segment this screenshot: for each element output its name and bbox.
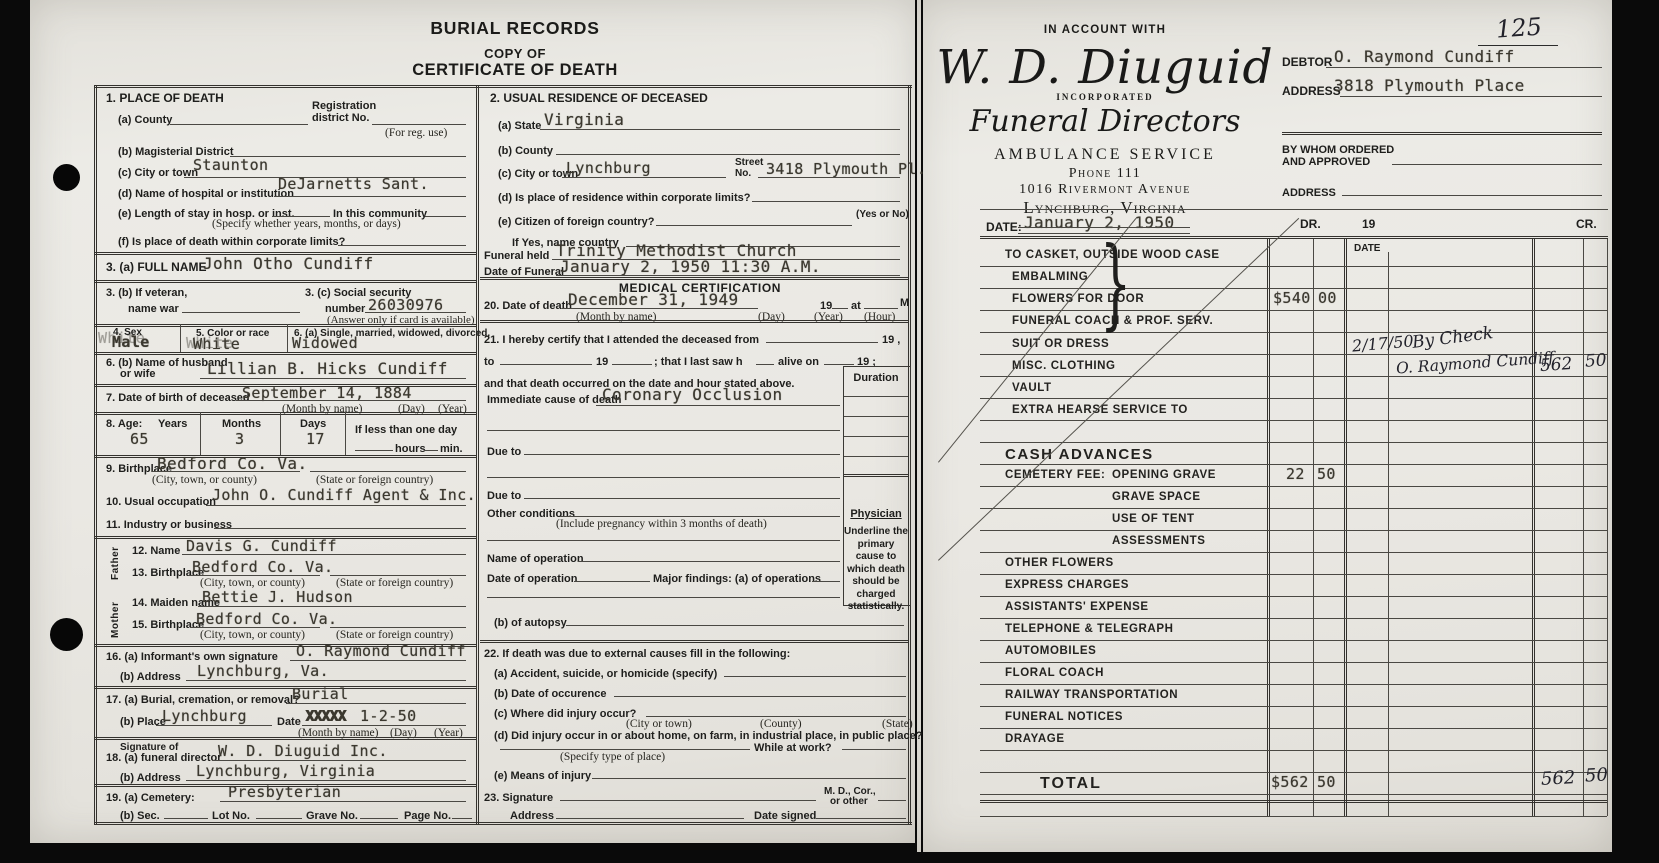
s15-note-city: (City, town, or county): [200, 630, 305, 642]
s2-county-label: (b) County: [498, 145, 553, 157]
ledger-item: SUIT OR DRESS: [1012, 338, 1109, 350]
line: [756, 364, 774, 365]
line: [1340, 96, 1602, 97]
s20-at-label: at: [851, 300, 861, 312]
funeral-date-value: January 2, 1950 11:30 A.M.: [560, 259, 821, 275]
line: [360, 818, 398, 819]
total-cr-dollars-handwritten: 562: [1541, 769, 1576, 789]
form-border: [476, 85, 479, 825]
s15-note-state: (State or foreign country): [336, 630, 453, 642]
ledger-total-border: [980, 800, 1607, 803]
s2-state-value: Virginia: [544, 112, 624, 128]
s12-father-name-label: 12. Name: [132, 545, 180, 557]
ledger-rule: [980, 530, 1607, 531]
scan-edge-left: [0, 0, 30, 863]
s21-due-to-1-label: Due to: [487, 446, 521, 458]
line: [614, 696, 906, 697]
s19-cemetery-label: 19. (a) Cemetery:: [106, 792, 195, 804]
s23-address-label: Address: [510, 810, 554, 822]
scan-edge-bottom-left: [0, 843, 917, 863]
cell-divider: [280, 412, 281, 455]
debtor-label: DEBTOR: [1282, 56, 1332, 69]
line: [164, 818, 208, 819]
funeral-held-label: Funeral held: [484, 250, 549, 262]
line: [560, 516, 840, 517]
s1-hospital-label: (d) Name of hospital or institution: [118, 188, 294, 200]
ledger-column-line: [1344, 239, 1347, 816]
ledger-item: CEMETERY FEE:: [1005, 469, 1105, 481]
ledger-rule: [980, 816, 1607, 817]
line: [182, 554, 466, 555]
page-number-handwritten: 125: [1495, 14, 1542, 41]
line: [758, 177, 900, 178]
s22-e-label: (e) Means of injury: [494, 770, 591, 782]
s18-funeral-director-value: W. D. Diuguid Inc.: [218, 744, 388, 759]
physician-note: Underline the primary cause to which dea…: [844, 526, 908, 614]
incorporated-label: INCORPORATED: [935, 92, 1275, 102]
cemetery-dr-cents: 50: [1317, 467, 1336, 482]
total-cr-cents-handwritten: 50: [1585, 766, 1609, 785]
line: [752, 201, 900, 202]
line: [256, 818, 302, 819]
s22-a-label: (a) Accident, suicide, or homicide (spec…: [494, 668, 717, 680]
s2-street-no-label: No.: [735, 168, 751, 179]
s17-date-strikeout: XXXXX: [305, 709, 345, 724]
s1-county-label: (a) County: [118, 114, 172, 126]
s21-19-comma: 19 ,: [882, 334, 900, 346]
line: [596, 405, 840, 406]
ledger-column-line: [1607, 239, 1608, 816]
ledger-item: AUTOMOBILES: [1005, 645, 1096, 657]
section-divider: [94, 324, 476, 327]
line: [524, 498, 840, 499]
scan-edge-right: [1612, 0, 1659, 863]
line: [330, 575, 466, 576]
section-divider: [94, 686, 476, 689]
s17-date-value: 1-2-50: [360, 709, 417, 724]
s1-heading: 1. PLACE OF DEATH: [106, 92, 224, 105]
s8-less-than-day-label: If less than one day: [355, 424, 457, 436]
line: [540, 129, 900, 130]
phone-label: Phone 111: [935, 166, 1275, 182]
page-title: BURIAL RECORDS: [305, 18, 725, 39]
line: [487, 477, 840, 478]
line: [302, 725, 466, 726]
punch-hole: [50, 618, 83, 651]
form-border: [94, 85, 912, 88]
s23-or-other-label: or other: [830, 796, 868, 807]
s1-hospital-value: DeJarnetts Sant.: [278, 177, 429, 192]
s5-race-value: White: [193, 337, 240, 352]
ledger-rule: [980, 596, 1607, 597]
line: [824, 364, 854, 365]
cell-divider: [287, 324, 288, 352]
line: [290, 660, 466, 661]
cell-divider: [345, 412, 346, 455]
s8-months-label: Months: [222, 418, 261, 430]
ledger-top-border: [980, 236, 1608, 239]
line: [844, 436, 908, 437]
s21-autopsy-label: (b) of autopsy: [494, 617, 567, 629]
line: [186, 780, 466, 781]
page-divider-line: [915, 0, 917, 852]
line: [206, 505, 466, 506]
s2-corporate-label: (d) Is place of residence within corpora…: [498, 192, 750, 204]
section-divider: [94, 352, 476, 355]
s15-mother-birthplace-label: 15. Birthplace: [132, 619, 204, 631]
s9-birthplace-value: Bedford Co. Va.: [157, 456, 308, 472]
line: [186, 680, 466, 681]
s21-19a: 19: [596, 356, 608, 368]
ledger-item: ASSESSMENTS: [1112, 535, 1206, 547]
ordered-address-label: ADDRESS: [1282, 187, 1336, 199]
s18-address-value: Lynchburg, Virginia: [196, 764, 375, 779]
s8-months-value: 3: [235, 432, 244, 447]
dr-column-header: DR.: [1300, 218, 1321, 231]
s21-operation-name-label: Name of operation: [487, 553, 584, 565]
section-divider: [94, 280, 476, 283]
s8-hours-label: hours: [395, 443, 426, 455]
debtor-address-value: 3818 Plymouth Place: [1334, 78, 1525, 94]
s9-note-state: (State or foreign country): [316, 475, 433, 487]
line: [365, 312, 466, 313]
s10-occupation-value: John O. Cundiff Agent & Inc.: [212, 488, 476, 503]
flowers-dr-cents: 00: [1318, 291, 1337, 306]
s23-date-signed-label: Date signed: [754, 810, 816, 822]
s17-place-value: Lynchburg: [162, 709, 247, 724]
s21-alive-on-label: alive on: [778, 356, 819, 368]
s21-to-label: to: [484, 356, 494, 368]
line: [198, 606, 466, 607]
s16-address-value: Lynchburg, Va.: [197, 664, 329, 679]
s6b-spouse-value: Lillian B. Hicks Cundiff: [207, 361, 448, 377]
payment-cr-cents-handwritten: 50: [1584, 352, 1607, 370]
s2-state-label: (a) State: [498, 120, 541, 132]
ledger-rule: [980, 486, 1607, 487]
s8-age-label: 8. Age:: [106, 418, 142, 430]
s3b-namewar-label: name war: [128, 303, 179, 315]
page-subtitle: COPY OF: [305, 46, 725, 61]
s22-c-label: (c) Where did injury occur?: [494, 708, 636, 720]
ledger-item: EMBALMING: [1012, 271, 1088, 283]
s1-stay-note: (Specify whether years, months, or days): [212, 219, 401, 231]
line: [500, 749, 750, 750]
line: [766, 342, 878, 343]
ledger-rule: [980, 684, 1607, 685]
s13-note-state: (State or foreign country): [336, 578, 453, 590]
section-divider: [480, 320, 908, 323]
s22-d-label: (d) Did injury occur in or about home, o…: [494, 730, 922, 742]
line: [724, 676, 906, 677]
line: [578, 561, 840, 562]
firm-type: Funeral Directors: [935, 104, 1275, 139]
line: [562, 177, 726, 178]
line: [500, 364, 592, 365]
line: [170, 124, 308, 125]
line: [656, 225, 852, 226]
line: [816, 818, 906, 819]
s13-father-birthplace-value: Bedford Co. Va.: [192, 560, 333, 575]
father-group-label: Father: [110, 546, 121, 580]
line: [310, 471, 466, 472]
line: [212, 760, 466, 761]
line: [812, 581, 840, 582]
line: [556, 818, 744, 819]
line: [200, 378, 466, 379]
line: [560, 800, 816, 801]
section-divider: [94, 412, 476, 415]
line: [844, 396, 908, 397]
s19-sec-label: (b) Sec.: [120, 810, 160, 822]
ledger-column-line: [1583, 239, 1584, 816]
ledger-rule: [980, 618, 1607, 619]
year-column-header: 19: [1362, 218, 1375, 231]
ledger-rule: [980, 706, 1607, 707]
s1-city-value: Staunton: [193, 158, 268, 173]
line: [236, 400, 466, 401]
s1-registration-label: Registration: [312, 100, 376, 112]
ledger-rule: [980, 750, 1607, 751]
ledger-rule: [980, 794, 1607, 795]
s9-note-city: (City, town, or county): [152, 475, 257, 487]
line: [592, 778, 906, 779]
s1-district-no-label: district No.: [312, 112, 369, 124]
scan-edge-bottom-right: [917, 852, 1612, 863]
s19-page-label: Page No.: [404, 810, 451, 822]
line: [487, 597, 840, 598]
line: [612, 364, 652, 365]
s8-days-label: Days: [300, 418, 326, 430]
s3b-veteran-label: 3. (b) If veteran,: [106, 287, 187, 299]
ledger-rule: [980, 552, 1607, 553]
line: [844, 456, 908, 457]
s11-industry-label: 11. Industry or business: [106, 519, 232, 531]
ledger-date-label: DATE:: [986, 221, 1022, 234]
line: [1478, 45, 1558, 46]
line: [646, 716, 906, 717]
ledger-item: OPENING GRAVE: [1112, 469, 1216, 481]
ledger-column-line: [1267, 239, 1270, 816]
ledger-item: FLORAL COACH: [1005, 667, 1104, 679]
page-subtitle-2: CERTIFICATE OF DEATH: [305, 61, 725, 80]
ledger-item: ASSISTANTS' EXPENSE: [1005, 601, 1149, 613]
ledger-rule: [980, 266, 1607, 267]
s8-years-label: Years: [158, 418, 187, 430]
s21-last-saw-label: ; that I last saw h: [654, 356, 743, 368]
cr-column-header: CR.: [1576, 218, 1597, 231]
ledger-rule: [980, 508, 1607, 509]
s18-address-label: (b) Address: [120, 772, 181, 784]
line: [452, 818, 472, 819]
s22-note-state: (State): [882, 719, 913, 731]
ambulance-service-label: AMBULANCE SERVICE: [935, 146, 1275, 164]
line: [1326, 67, 1602, 68]
ledger-item: RAILWAY TRANSPORTATION: [1005, 689, 1178, 701]
s21-certify-line1: 21. I hereby certify that I attended the…: [484, 334, 759, 346]
line: [1342, 195, 1602, 196]
s19-lot-label: Lot No.: [212, 810, 250, 822]
line: [272, 216, 330, 217]
cell-divider: [200, 412, 201, 455]
flowers-dr-dollars: $540: [1273, 291, 1311, 306]
mother-group-label: Mother: [110, 602, 121, 638]
s2-yes-no-note: (Yes or No): [856, 209, 909, 220]
ledger-rule: [980, 420, 1607, 421]
line: [190, 627, 320, 628]
debtor-value: O. Raymond Cundiff: [1334, 49, 1515, 65]
ledger-rule: [980, 640, 1607, 641]
s2-heading: 2. USUAL RESIDENCE OF DECEASED: [490, 92, 708, 105]
line: [574, 581, 650, 582]
s3a-label: 3. (a) FULL NAME: [106, 261, 206, 274]
line: [182, 312, 300, 313]
s1-corporate-label: (f) Is place of death within corporate l…: [118, 236, 345, 248]
s17-place-label: (b) Place: [120, 716, 166, 728]
ledger-column-line: [1313, 239, 1314, 816]
ledger-rule: [980, 310, 1607, 311]
s2-city-value: Lynchburg: [566, 161, 651, 176]
line: [487, 430, 840, 431]
s2-citizen-label: (e) Citizen of foreign country?: [498, 216, 654, 228]
line: [214, 528, 466, 529]
ledger-rule: [980, 442, 1607, 443]
cell-divider: [180, 324, 181, 352]
s22-note-county: (County): [760, 719, 802, 731]
section-divider: [480, 277, 908, 280]
line: [562, 308, 758, 309]
s21-operation-date-label: Date of operation: [487, 573, 577, 585]
line: [844, 416, 908, 417]
ledger-item: DRAYAGE: [1005, 733, 1065, 745]
s16-informant-value: O. Raymond Cundiff: [296, 644, 466, 659]
s7-dob-label: 7. Date of birth of deceased: [106, 392, 250, 404]
line: [566, 625, 904, 626]
ledger-item: VAULT: [1012, 382, 1052, 394]
line: [274, 196, 466, 197]
s17-burial-value: Burial: [292, 687, 349, 702]
line: [556, 154, 900, 155]
cemetery-dr-dollars: 22: [1286, 467, 1305, 482]
line: [220, 801, 466, 802]
total-dr-cents: 50: [1317, 775, 1336, 790]
s3c-ss-value: 26030976: [368, 298, 443, 313]
in-account-with-label: IN ACCOUNT WITH: [935, 24, 1275, 36]
ledger-rule: [980, 376, 1607, 377]
s19-cemetery-value: Presbyterian: [228, 785, 341, 800]
line: [286, 703, 466, 704]
ledger-rule: [980, 398, 1607, 399]
line: [188, 575, 320, 576]
ledger-rule: [980, 574, 1607, 575]
debtor-address-label: ADDRESS: [1282, 85, 1341, 98]
s20-date-of-death-label: 20. Date of death: [484, 300, 572, 312]
line: [556, 275, 900, 276]
line: [152, 471, 300, 472]
s4-sex-value: Male: [112, 335, 150, 350]
ledger-rule: [980, 662, 1607, 663]
line: [338, 245, 466, 246]
line: [980, 209, 1608, 210]
s15-mother-birthplace-value: Bedford Co. Va.: [196, 612, 337, 627]
ledger-item: FUNERAL NOTICES: [1005, 711, 1123, 723]
s7-dob-value: September 14, 1884: [242, 386, 412, 401]
s2-street-value: 3418 Plymouth Pl.: [766, 162, 926, 177]
s6b-label2: or wife: [120, 368, 155, 380]
total-label: TOTAL: [1040, 775, 1102, 793]
ledger-item: OTHER FLOWERS: [1005, 557, 1114, 569]
ledger-item: EXPRESS CHARGES: [1005, 579, 1129, 591]
line: [878, 800, 906, 801]
s8-years-value: 65: [130, 432, 149, 447]
punch-hole: [53, 164, 80, 191]
page-divider-line: [921, 0, 923, 852]
s19-grave-label: Grave No.: [306, 810, 358, 822]
charges-brace: }: [1100, 238, 1131, 331]
ledger-item: MISC. CLOTHING: [1012, 360, 1116, 372]
s8-min-label: min.: [440, 443, 463, 455]
s16-address-label: (b) Address: [120, 671, 181, 683]
s1-reg-note: (For reg. use): [385, 128, 447, 140]
s21-due-to-2-label: Due to: [487, 490, 521, 502]
ledger-column-line: [1532, 239, 1535, 816]
ledger-item: USE OF TENT: [1112, 513, 1195, 525]
s2-street-label: Street: [735, 157, 763, 168]
line: [424, 450, 438, 451]
ledger-rule: [980, 332, 1607, 333]
line: [330, 627, 466, 628]
s20-m-label: M: [900, 297, 909, 309]
line: [372, 124, 466, 125]
s22-note-city: (City or town): [626, 719, 692, 731]
s21-pregnancy-note: (Include pregnancy within 3 months of de…: [556, 519, 767, 531]
s22-while-at-work-label: While at work?: [754, 742, 832, 754]
s20-date-of-death-value: December 31, 1949: [568, 292, 739, 308]
section-divider: [94, 737, 476, 740]
line: [864, 308, 898, 309]
line: [1392, 164, 1602, 165]
s12-father-name-value: Davis G. Cundiff: [186, 539, 337, 554]
section-divider: [480, 640, 908, 643]
date-subcolumn-header: DATE: [1354, 243, 1380, 254]
line: [844, 474, 908, 477]
s23-signature-label: 23. Signature: [484, 792, 553, 804]
s22-b-label: (b) Date of occurence: [494, 688, 606, 700]
s3a-fullname-value: John Otho Cundiff: [203, 256, 374, 272]
s14-maiden-name-value: Bettie J. Hudson: [202, 590, 353, 605]
line: [425, 216, 466, 217]
total-dr-dollars: $562: [1271, 775, 1309, 790]
duration-label: Duration: [843, 372, 909, 384]
physician-label: Physician: [843, 508, 909, 520]
form-border: [94, 822, 912, 825]
line: [487, 540, 840, 541]
s8-days-value: 17: [306, 432, 325, 447]
by-whom-ordered-label: BY WHOM ORDERED: [1282, 144, 1394, 156]
cash-advances-heading: CASH ADVANCES: [1005, 446, 1154, 463]
ledger-item: TELEPHONE & TELEGRAPH: [1005, 623, 1174, 635]
line: [355, 450, 393, 451]
s10-occupation-label: 10. Usual occupation: [106, 496, 216, 508]
line: [842, 749, 906, 750]
line: [524, 454, 840, 455]
s17-burial-label: 17. (a) Burial, cremation, or removal?: [106, 694, 300, 706]
ledger-rule: [980, 728, 1607, 729]
payment-cr-dollars-handwritten: 562: [1539, 356, 1573, 375]
s22-heading: 22. If death was due to external causes …: [484, 648, 790, 660]
and-approved-label: AND APPROVED: [1282, 156, 1370, 168]
firm-name: W. D. Diuguid: [935, 40, 1275, 95]
line: [156, 725, 272, 726]
